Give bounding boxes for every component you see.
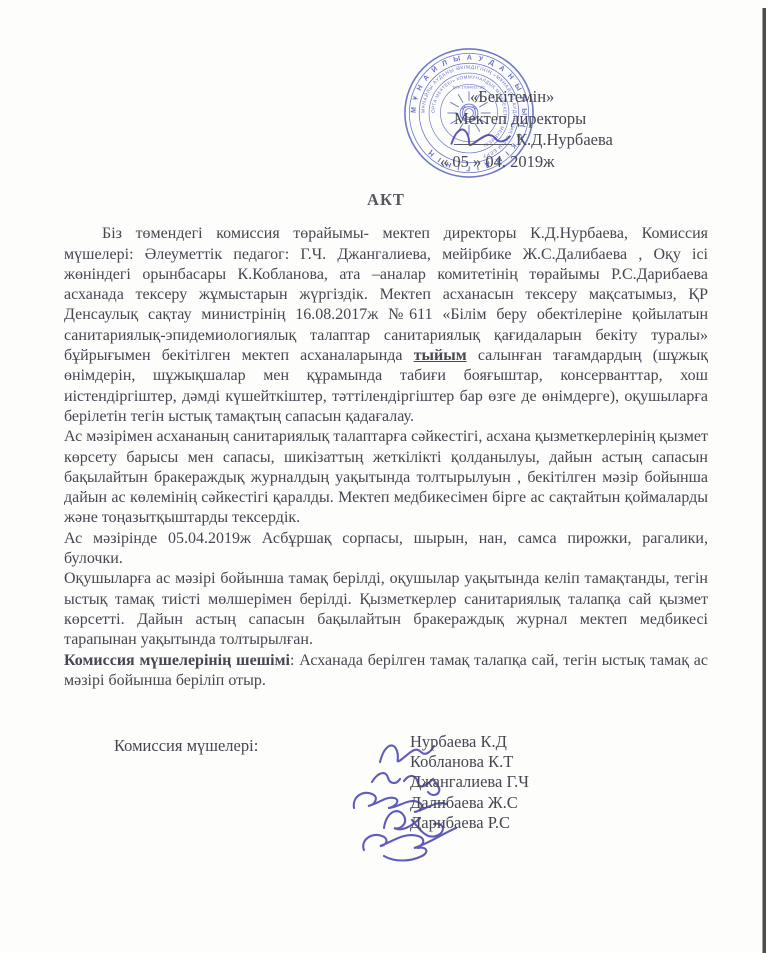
signature-names: Нурбаева К.Д Кобланова К.Т Джангалиева Г… — [410, 732, 529, 833]
signature-name-2: Кобланова К.Т — [410, 752, 529, 772]
paragraph-1: Біз төмендегі комиссия төрайымы- мектеп … — [64, 224, 708, 427]
signature-name-1: Нурбаева К.Д — [410, 732, 529, 752]
paragraph-1-text-before: Біз төмендегі комиссия төрайымы- мектеп … — [64, 225, 708, 364]
scanned-document-page: М Ұ Н А Й Л Ы А У Д А Н Ы Н Ы Ң Ә К І М … — [0, 0, 768, 953]
commission-decision-lead: Комиссия мүшелерінің шешімі — [64, 652, 290, 669]
document-body: АКТ Біз төмендегі комиссия төрайымы- мек… — [64, 190, 708, 691]
document-title: АКТ — [64, 190, 708, 210]
signature-name-3: Джангалиева Г.Ч — [410, 772, 529, 792]
approval-block: «Бекітемін» Мектеп директоры К.Д.Нурбаев… — [440, 86, 670, 172]
paragraph-2: Ас мәзірімен асхананың санитариялық тала… — [64, 427, 708, 528]
scan-edge-line — [763, 8, 766, 953]
approval-date: « 05 » 04. 2019ж — [440, 151, 670, 173]
paragraph-4: Оқушыларға ас мәзірі бойынша тамақ беріл… — [64, 569, 708, 650]
commission-members-label: Комиссия мүшелері: — [114, 736, 258, 756]
paragraph-3: Ас мәзірінде 05.04.2019ж Асбұршақ сорпас… — [64, 529, 708, 570]
signature-underline — [454, 130, 512, 145]
paragraph-5: Комиссия мүшелерінің шешімі: Асханада бе… — [64, 651, 708, 692]
director-signature-line: К.Д.Нурбаева — [440, 129, 670, 151]
director-name: К.Д.Нурбаева — [516, 130, 613, 149]
signature-name-5: Дарибаева Р.С — [410, 813, 529, 833]
signatures-section: Комиссия мүшелері: Нурбаева К.Д Кобланов… — [64, 728, 708, 888]
director-role: Мектеп директоры — [440, 108, 670, 130]
paragraph-1-keyword: тыйым — [414, 347, 467, 364]
approve-label: «Бекітемін» — [440, 86, 670, 108]
signature-name-4: Далибаева Ж.С — [410, 793, 529, 813]
